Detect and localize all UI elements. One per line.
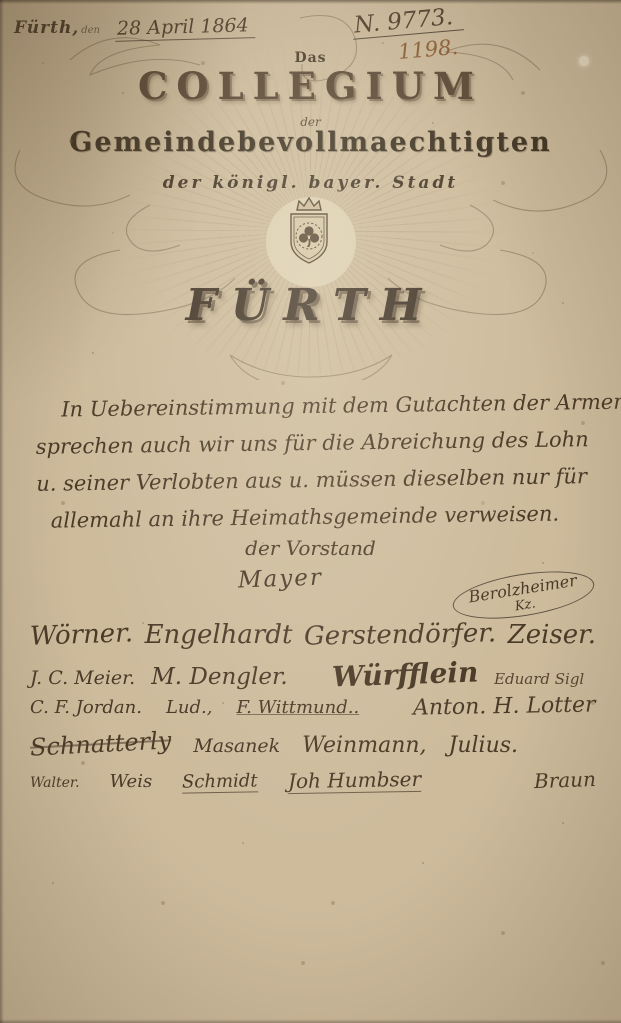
- signature: Masanek: [193, 735, 280, 757]
- signature-row-4: Schnatterly Masanek Weinmann, Julius.: [30, 730, 596, 758]
- paper-fleck: [579, 56, 589, 66]
- signature: M. Dengler.: [151, 664, 288, 690]
- body-line: allemahl an ihre Heimathsgemeinde verwei…: [37, 495, 589, 540]
- registry-number: N. 9773.: [351, 3, 464, 40]
- den-printed: den: [81, 25, 100, 36]
- signature: Weis: [110, 771, 153, 792]
- signature: Walter.: [30, 775, 80, 791]
- signature: Gerstendörfer.: [304, 618, 497, 651]
- signature-berolzheimer: Berolzheimer Kz.: [450, 563, 598, 627]
- signature: Wörner.: [30, 618, 134, 652]
- signature: Anton. H. Lotter: [413, 692, 596, 720]
- signature: F. Wittmund..: [236, 697, 359, 718]
- signature: Engelhardt: [145, 620, 293, 650]
- signature: Joh Humbser: [288, 767, 421, 794]
- signature: Schmidt: [182, 770, 258, 793]
- signature: Zeiser.: [508, 620, 596, 650]
- signature-row-2: J. C. Meier. M. Dengler. Würfflein Eduar…: [30, 658, 596, 691]
- signature: Schnatterly: [29, 726, 172, 761]
- letterhead-city-line: der königl. bayer. Stadt: [0, 173, 621, 193]
- signature: Lud.,: [166, 697, 213, 718]
- signature: Julius.: [449, 733, 519, 758]
- letterhead-collegium: COLLEGIUM: [0, 64, 621, 108]
- scanned-letter-page: Fürth,den 28 April 1864 N. 9773. 1198. D…: [0, 0, 621, 1023]
- signature: Weinmann,: [302, 733, 426, 758]
- signature-row-1: Wörner. Engelhardt Gerstendörfer. Zeiser…: [30, 620, 596, 650]
- place-printed: Fürth,: [14, 18, 79, 38]
- signature-mayer: Mayer: [238, 565, 324, 594]
- fuerth-cloverleaf-crest: [246, 194, 376, 290]
- handwritten-body: In Uebereinstimmung mit dem Gutachten de…: [35, 384, 589, 540]
- paper-speckles: [0, 0, 2, 2]
- signature-row-5: Walter. Weis Schmidt Joh Humbser Braun: [30, 768, 596, 793]
- letterhead-city-name: FÜRTH: [0, 280, 621, 331]
- letterhead-body-name: Gemeindebevollmaechtigten: [0, 127, 621, 158]
- dateline: Fürth,den 28 April 1864: [14, 16, 255, 40]
- date-handwritten: 28 April 1864: [115, 14, 255, 42]
- closing-der-vorstand: der Vorstand: [0, 536, 621, 560]
- signature: Braun: [534, 767, 597, 793]
- signature: J. C. Meier.: [30, 667, 135, 689]
- signature: C. F. Jordan.: [30, 697, 142, 718]
- signature: Eduard Sigl: [494, 670, 584, 688]
- signature: Würfflein: [331, 655, 478, 693]
- signature-row-3: C. F. Jordan. Lud., F. Wittmund.. Anton.…: [30, 694, 596, 719]
